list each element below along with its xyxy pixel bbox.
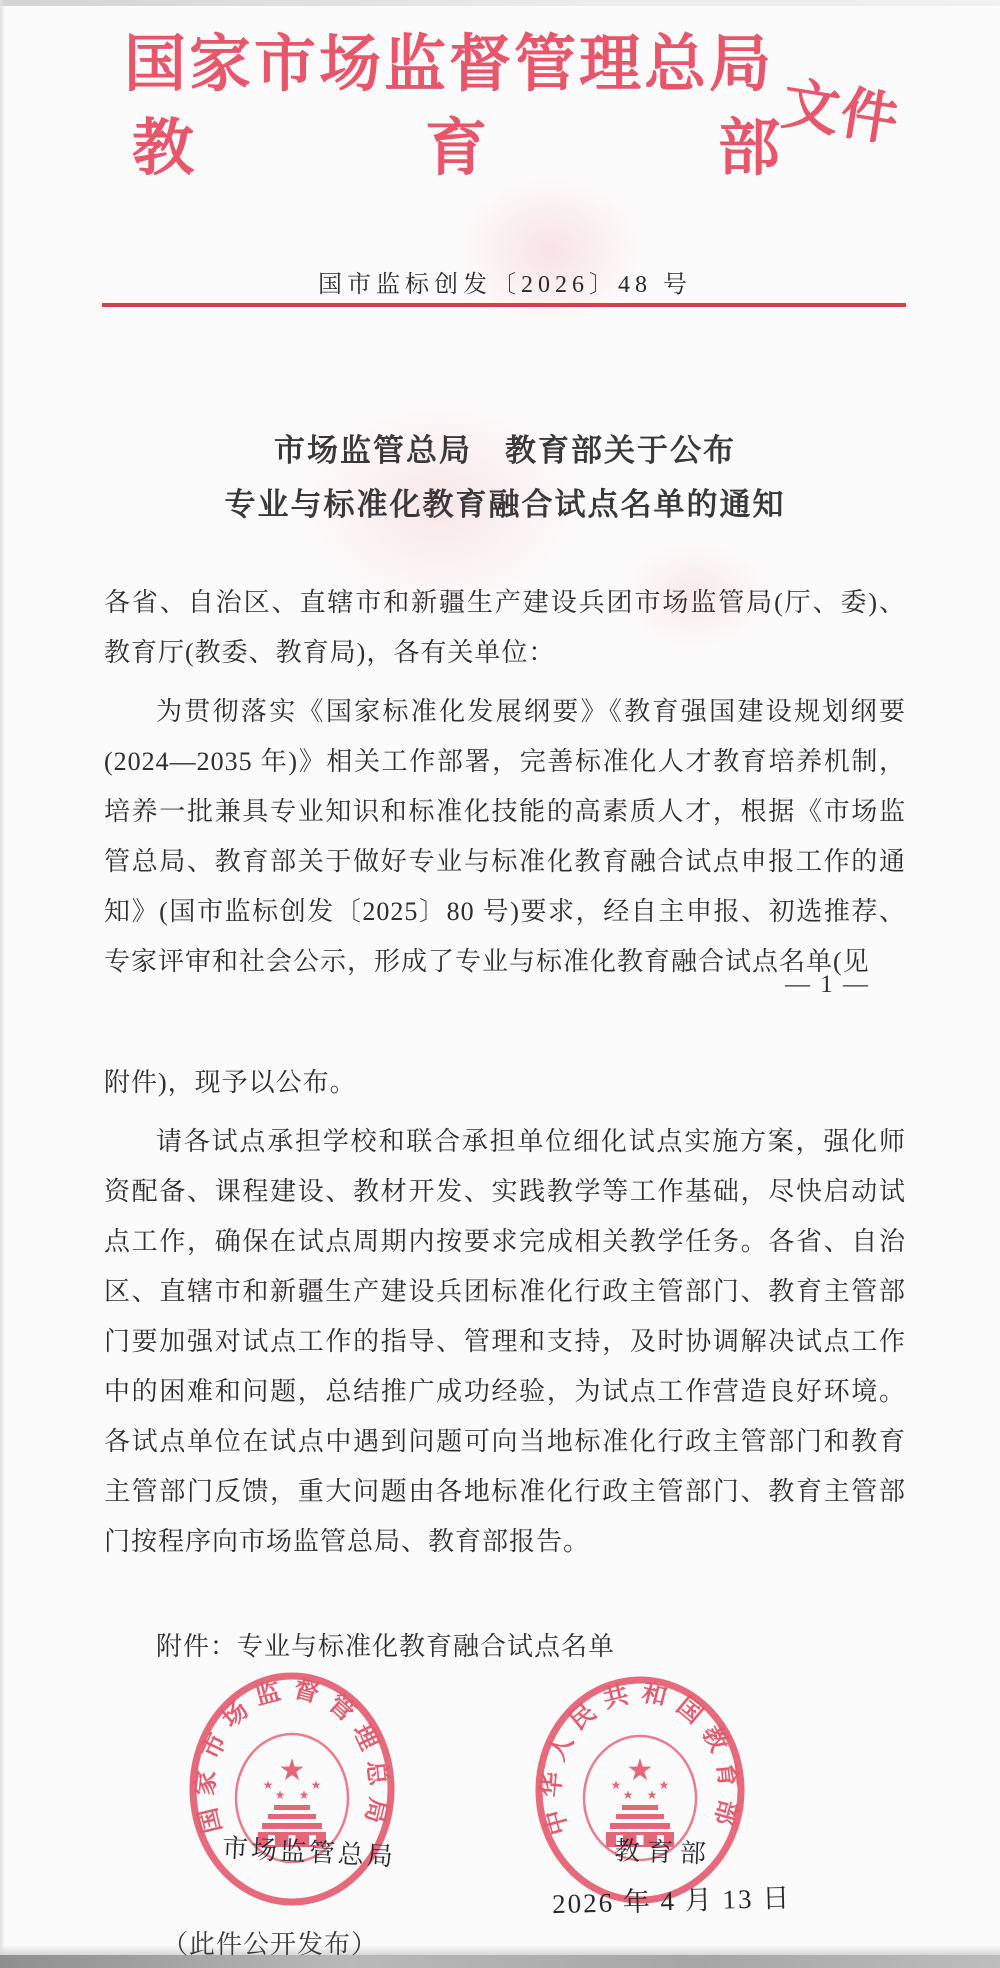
public-release-note: （此件公开发布）	[162, 1924, 378, 1961]
star-icon: ★	[311, 1778, 322, 1792]
doc-title: 市场监管总局 教育部关于公布 专业与标准化教育融合试点名单的通知	[104, 424, 906, 532]
seal-holder-name-left: 市场监管总局	[221, 1827, 397, 1873]
star-icon: ★	[611, 1778, 622, 1792]
star-icon: ★	[659, 1778, 670, 1792]
agency-name-line1: 国家市场监督管理总局	[124, 28, 788, 102]
doc-type-label: 文件	[777, 58, 906, 157]
paragraph-1-continued: 附件)，现予以公布。	[104, 1058, 906, 1108]
star-icon: ★	[647, 1788, 658, 1802]
letterhead: 国家市场监督管理总局 教 育 部	[124, 28, 788, 187]
attachment-note: 附件：专业与标准化教育融合试点名单	[104, 1626, 906, 1663]
doc-title-line1: 市场监管总局 教育部关于公布	[104, 424, 906, 478]
page-number: — 1 —	[785, 971, 870, 999]
official-seal-moe: 中华人民共和国教育部 ★ ★ ★ ★ ★	[532, 1672, 748, 1908]
star-icon: ★	[275, 1788, 286, 1802]
star-icon: ★	[627, 1754, 654, 1787]
page-edge-top	[0, 0, 1000, 6]
star-icon: ★	[299, 1788, 310, 1802]
star-icon: ★	[263, 1778, 274, 1792]
paragraph-1: 为贯彻落实《国家标准化发展纲要》《教育强国建设规划纲要(2024—2035 年)…	[104, 687, 906, 987]
official-seal-samr: 国家市场监督管理总局 ★ ★ ★ ★ ★	[186, 1668, 398, 1910]
salutation: 各省、自治区、直辖市和新疆生产建设兵团市场监管局(厅、委)、教育厅(教委、教育局…	[104, 578, 906, 678]
body-page2: 附件)，现予以公布。 请各试点承担学校和联合承担单位细化试点实施方案，强化师资配…	[104, 1058, 906, 1567]
issue-date: 2026 年 4 月 13 日	[552, 1876, 792, 1921]
seal-holder-name-right: 教育部	[613, 1830, 713, 1870]
paragraph-2: 请各试点承担学校和联合承担单位细化试点实施方案，强化师资配备、课程建设、教材开发…	[104, 1117, 906, 1567]
agency-name-line2: 教 育 部	[124, 112, 788, 186]
red-separator-line	[102, 303, 906, 307]
agency-char: 部	[718, 112, 780, 186]
body-page1: 各省、自治区、直辖市和新疆生产建设兵团市场监管局(厅、委)、教育厅(教委、教育局…	[104, 578, 906, 987]
agency-char: 育	[425, 112, 487, 186]
document-page: { "header": { "agency_line1": "国家市场监督管理总…	[0, 0, 1000, 1968]
page-edge-left	[0, 0, 5, 1968]
doc-title-line2: 专业与标准化教育融合试点名单的通知	[104, 478, 906, 532]
agency-char: 教	[132, 112, 194, 186]
star-icon: ★	[623, 1788, 634, 1802]
seal-ring-text: 中华人民共和国教育部	[537, 1678, 744, 1838]
doc-number: 国市监标创发〔2026〕48 号	[104, 264, 906, 299]
star-icon: ★	[279, 1754, 306, 1787]
page-edge-shadow	[0, 1955, 1000, 1968]
page-edge-bottom-fade	[0, 1945, 1000, 1955]
seal-ring-text: 国家市场监督管理总局	[191, 1675, 394, 1836]
